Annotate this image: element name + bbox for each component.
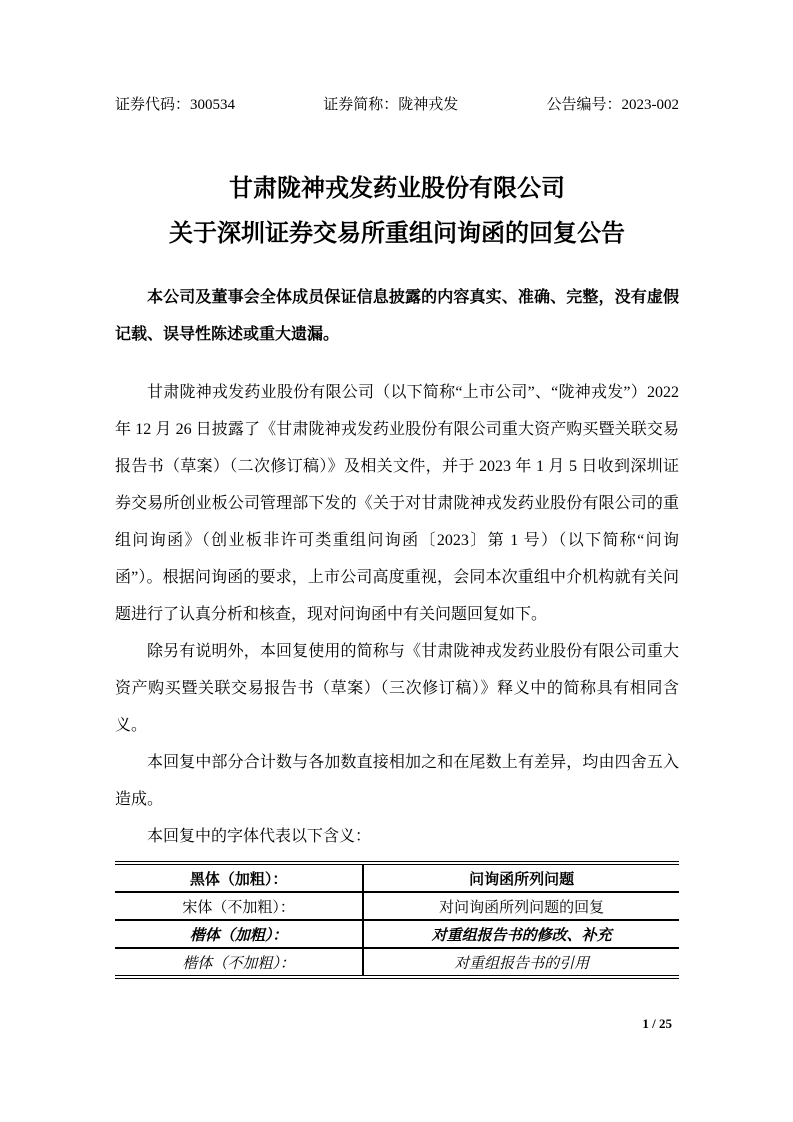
announcement-page: 证券代码：300534 证券简称：陇神戎发 公告编号：2023-002 甘肃陇神… <box>0 0 793 1122</box>
document-title: 甘肃陇神戎发药业股份有限公司 关于深圳证券交易所重组问询函的回复公告 <box>115 167 679 257</box>
document-header: 证券代码：300534 证券简称：陇神戎发 公告编号：2023-002 <box>115 95 679 115</box>
stock-code: 证券代码：300534 <box>115 95 235 115</box>
font-legend-row: 黑体（加粗）： 问询函所列问题 <box>115 863 679 892</box>
font-meaning-cell: 对重组报告书的引用 <box>363 948 679 977</box>
title-company-line: 甘肃陇神戎发药业股份有限公司 <box>115 167 679 212</box>
body-paragraph-background: 甘肃陇神戎发药业股份有限公司（以下简称“上市公司”、“陇神戎发”）2022 年 … <box>115 374 679 633</box>
body-paragraph-definitions: 除另有说明外，本回复使用的简称与《甘肃陇神戎发药业股份有限公司重大资产购买暨关联… <box>115 633 679 744</box>
announcement-number: 公告编号：2023-002 <box>547 95 680 115</box>
font-legend-row: 宋体（不加粗）： 对问询函所列问题的回复 <box>115 892 679 920</box>
font-meaning-cell: 对问询函所列问题的回复 <box>363 892 679 920</box>
stock-short-name: 证券简称：陇神戎发 <box>323 95 458 115</box>
board-disclaimer-paragraph: 本公司及董事会全体成员保证信息披露的内容真实、准确、完整，没有虚假记载、误导性陈… <box>115 279 679 353</box>
font-name-cell: 宋体（不加粗）： <box>115 892 363 920</box>
title-subject-line: 关于深圳证券交易所重组问询函的回复公告 <box>115 212 679 257</box>
font-name-cell: 楷体（加粗）： <box>115 920 363 948</box>
body-paragraph-font-legend-intro: 本回复中的字体代表以下含义： <box>115 818 679 855</box>
font-legend-row: 楷体（不加粗）： 对重组报告书的引用 <box>115 948 679 977</box>
font-name-cell: 黑体（加粗）： <box>115 863 363 892</box>
font-name-cell: 楷体（不加粗）： <box>115 948 363 977</box>
page-number: 1 / 25 <box>642 1016 672 1032</box>
font-meaning-cell: 对重组报告书的修改、补充 <box>363 920 679 948</box>
font-meaning-cell: 问询函所列问题 <box>363 863 679 892</box>
font-legend-row: 楷体（加粗）： 对重组报告书的修改、补充 <box>115 920 679 948</box>
font-legend-table: 黑体（加粗）： 问询函所列问题 宋体（不加粗）： 对问询函所列问题的回复 楷体（… <box>115 861 679 979</box>
body-paragraph-rounding-note: 本回复中部分合计数与各加数直接相加之和在尾数上有差异，均由四舍五入造成。 <box>115 744 679 818</box>
